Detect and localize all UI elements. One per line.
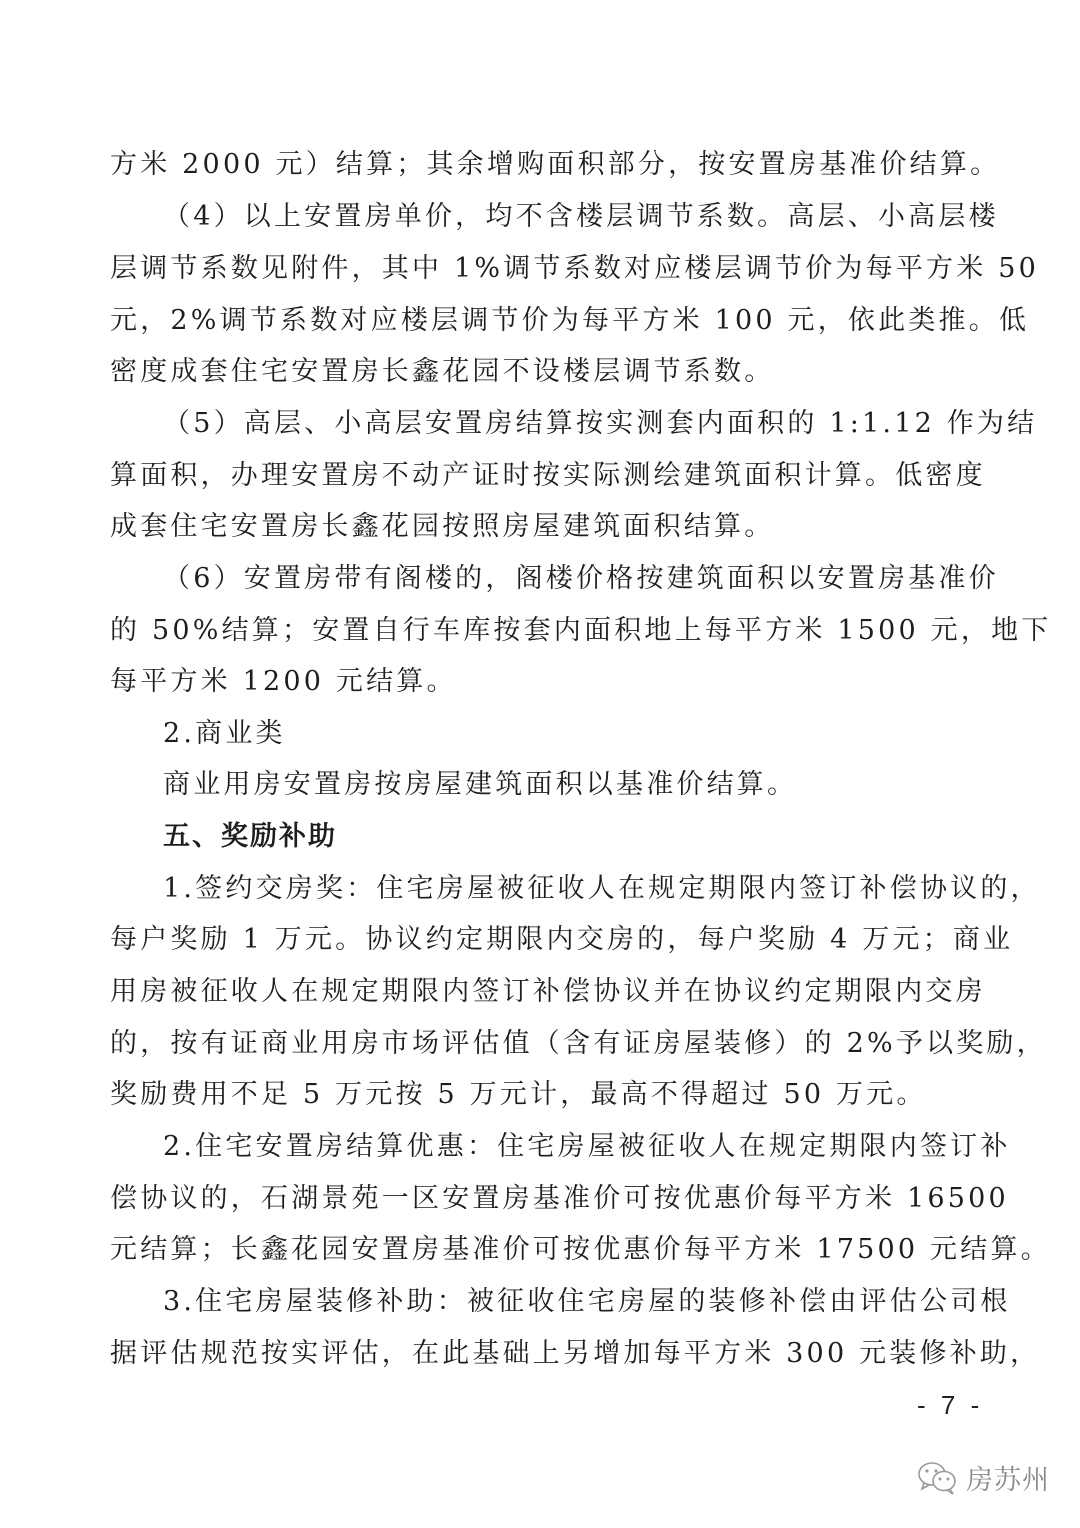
text-line: 的 50%结算；安置自行车库按套内面积地上每平方米 1500 元，地下 [110, 613, 970, 649]
page-number: - 7 - [917, 1390, 983, 1421]
text-line: 奖励费用不足 5 万元按 5 万元计，最高不得超过 50 万元。 [110, 1077, 970, 1113]
text-line: 成套住宅安置房长鑫花园按照房屋建筑面积结算。 [110, 509, 970, 545]
text-line: 3.住宅房屋装修补助：被征收住宅房屋的装修补偿由评估公司根 [163, 1284, 970, 1320]
text-line: 用房被征收人在规定期限内签订补偿协议并在协议约定期限内交房 [110, 974, 970, 1010]
section-heading: 五、奖励补助 [163, 819, 970, 855]
text-line: 1.签约交房奖：住宅房屋被征收人在规定期限内签订补偿协议的， [163, 871, 970, 907]
text-line: （5）高层、小高层安置房结算按实测套内面积的 1:1.12 作为结 [163, 406, 970, 442]
watermark: 房苏州 [916, 1458, 1050, 1497]
text-line: 元结算；长鑫花园安置房基准价可按优惠价每平方米 17500 元结算。 [110, 1232, 970, 1268]
wechat-icon [916, 1460, 960, 1496]
text-line: （6）安置房带有阁楼的，阁楼价格按建筑面积以安置房基准价 [163, 561, 970, 597]
text-line: 方米 2000 元）结算；其余增购面积部分，按安置房基准价结算。 [110, 147, 970, 183]
text-line: 密度成套住宅安置房长鑫花园不设楼层调节系数。 [110, 354, 970, 390]
text-line: 层调节系数见附件，其中 1%调节系数对应楼层调节价为每平方米 50 [110, 251, 970, 287]
text-line: （4）以上安置房单价，均不含楼层调节系数。高层、小高层楼 [163, 199, 970, 235]
text-line: 算面积，办理安置房不动产证时按实际测绘建筑面积计算。低密度 [110, 458, 970, 494]
text-line: 偿协议的，石湖景苑一区安置房基准价可按优惠价每平方米 16500 [110, 1181, 970, 1217]
text-line: 元，2%调节系数对应楼层调节价为每平方米 100 元，依此类推。低 [110, 303, 970, 339]
text-line: 的，按有证商业用房市场评估值（含有证房屋装修）的 2%予以奖励， [110, 1026, 970, 1062]
watermark-text: 房苏州 [966, 1458, 1050, 1497]
text-line: 每平方米 1200 元结算。 [110, 664, 970, 700]
document-page: 方米 2000 元）结算；其余增购面积部分，按安置房基准价结算。 （4）以上安置… [0, 0, 1080, 1528]
text-line: 每户奖励 1 万元。协议约定期限内交房的，每户奖励 4 万元；商业 [110, 922, 970, 958]
text-line: 2.住宅安置房结算优惠：住宅房屋被征收人在规定期限内签订补 [163, 1129, 970, 1165]
section-subheading: 2.商业类 [163, 716, 970, 752]
text-line: 商业用房安置房按房屋建筑面积以基准价结算。 [163, 767, 970, 803]
text-line: 据评估规范按实评估，在此基础上另增加每平方米 300 元装修补助， [110, 1336, 970, 1372]
